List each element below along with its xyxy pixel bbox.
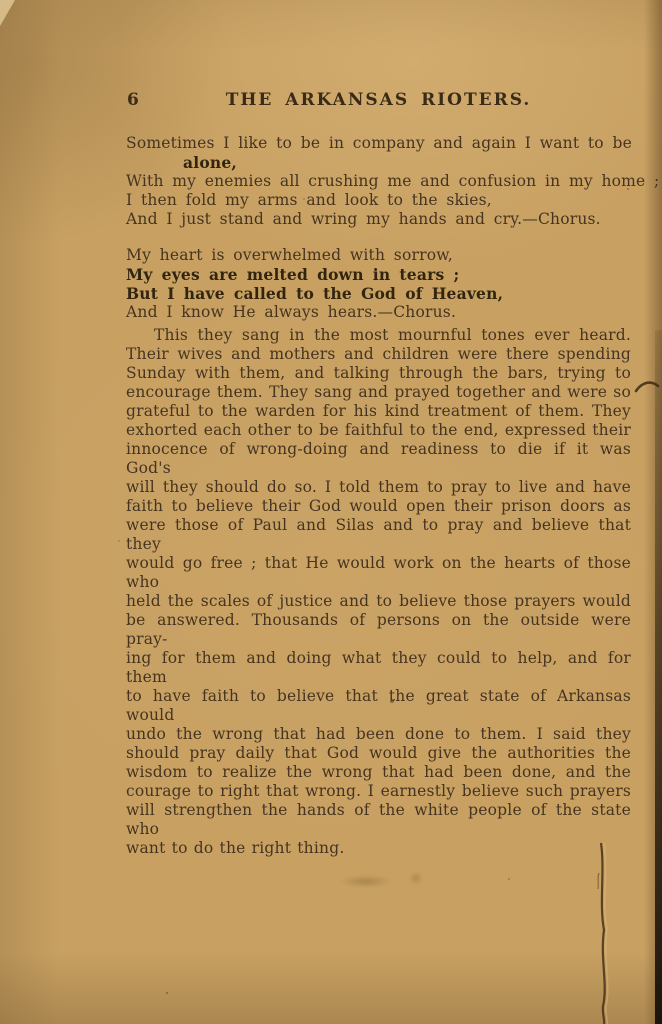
paragraph-line: grateful to the warden for his kind trea… xyxy=(126,402,631,421)
paragraph-line: courage to right that wrong. I earnestly… xyxy=(126,782,631,801)
paragraph-line: ing for them and doing what they could t… xyxy=(126,649,631,687)
paragraph-line: were those of Paul and Silas and to pray… xyxy=(126,516,631,554)
paragraph-line: Their wives and mothers and children wer… xyxy=(126,345,631,364)
paragraph-line: innocence of wrong-doing and readiness t… xyxy=(126,440,631,478)
paragraph-line: faith to believe their God would open th… xyxy=(126,497,631,516)
book-page-scan: 6 THE ARKANSAS RIOTERS. Sometimes I like… xyxy=(0,0,662,1024)
verse-line: And I just stand and wring my hands and … xyxy=(126,210,631,229)
paper-specks xyxy=(0,0,2,2)
running-title: THE ARKANSAS RIOTERS. xyxy=(126,90,631,110)
verse-line: My eyes are melted down in tears ; xyxy=(126,265,631,284)
paragraph-line: wisdom to realize the wrong that had bee… xyxy=(126,763,631,782)
paragraph-line: to have faith to believe that the great … xyxy=(126,687,631,725)
verse-line: alone, xyxy=(183,153,631,172)
paragraph-line: will they should do so. I told them to p… xyxy=(126,478,631,497)
verse-line: I then fold my arms and look to the skie… xyxy=(126,191,631,210)
verse-line: But I have called to the God of Heaven, xyxy=(126,284,631,303)
verse-line: With my enemies all crushing me and conf… xyxy=(126,172,631,191)
verse-stanza-1: Sometimes I like to be in company and ag… xyxy=(126,134,631,229)
paragraph-line: held the scales of justice and to believ… xyxy=(126,592,631,611)
tear-branch xyxy=(598,873,599,889)
verse-line: My heart is overwhelmed with sorrow, xyxy=(126,246,631,265)
paragraph-line: Sunday with them, and talking through th… xyxy=(126,364,631,383)
running-header: 6 THE ARKANSAS RIOTERS. xyxy=(126,90,631,112)
paragraph-line: This they sang in the most mournful tone… xyxy=(126,326,631,345)
paragraph-line: be answered. Thousands of persons on the… xyxy=(126,611,631,649)
paragraph-line: encourage them. They sang and prayed tog… xyxy=(126,383,631,402)
paragraph-line: will strengthen the hands of the white p… xyxy=(126,801,631,839)
verse-line: Sometimes I like to be in company and ag… xyxy=(126,134,631,153)
page-edge-dark-strip xyxy=(655,330,662,1024)
ink-show-through-smudge xyxy=(334,864,434,894)
body-paragraph: This they sang in the most mournful tone… xyxy=(126,326,631,858)
verse-line: And I know He always hears.—Chorus. xyxy=(126,303,631,322)
torn-corner-chip xyxy=(0,0,15,26)
paragraph-line: want to do the right thing. xyxy=(126,839,631,858)
tear-highlight xyxy=(604,843,608,1024)
paragraph-line: would go free ; that He would work on th… xyxy=(126,554,631,592)
paragraph-line: undo the wrong that had been done to the… xyxy=(126,725,631,744)
tear-line xyxy=(601,843,605,1024)
paragraph-line: should pray daily that God would give th… xyxy=(126,744,631,763)
paragraph-line: exhorted each other to be faithful to th… xyxy=(126,421,631,440)
verse-stanza-2: My heart is overwhelmed with sorrow,My e… xyxy=(126,246,631,322)
